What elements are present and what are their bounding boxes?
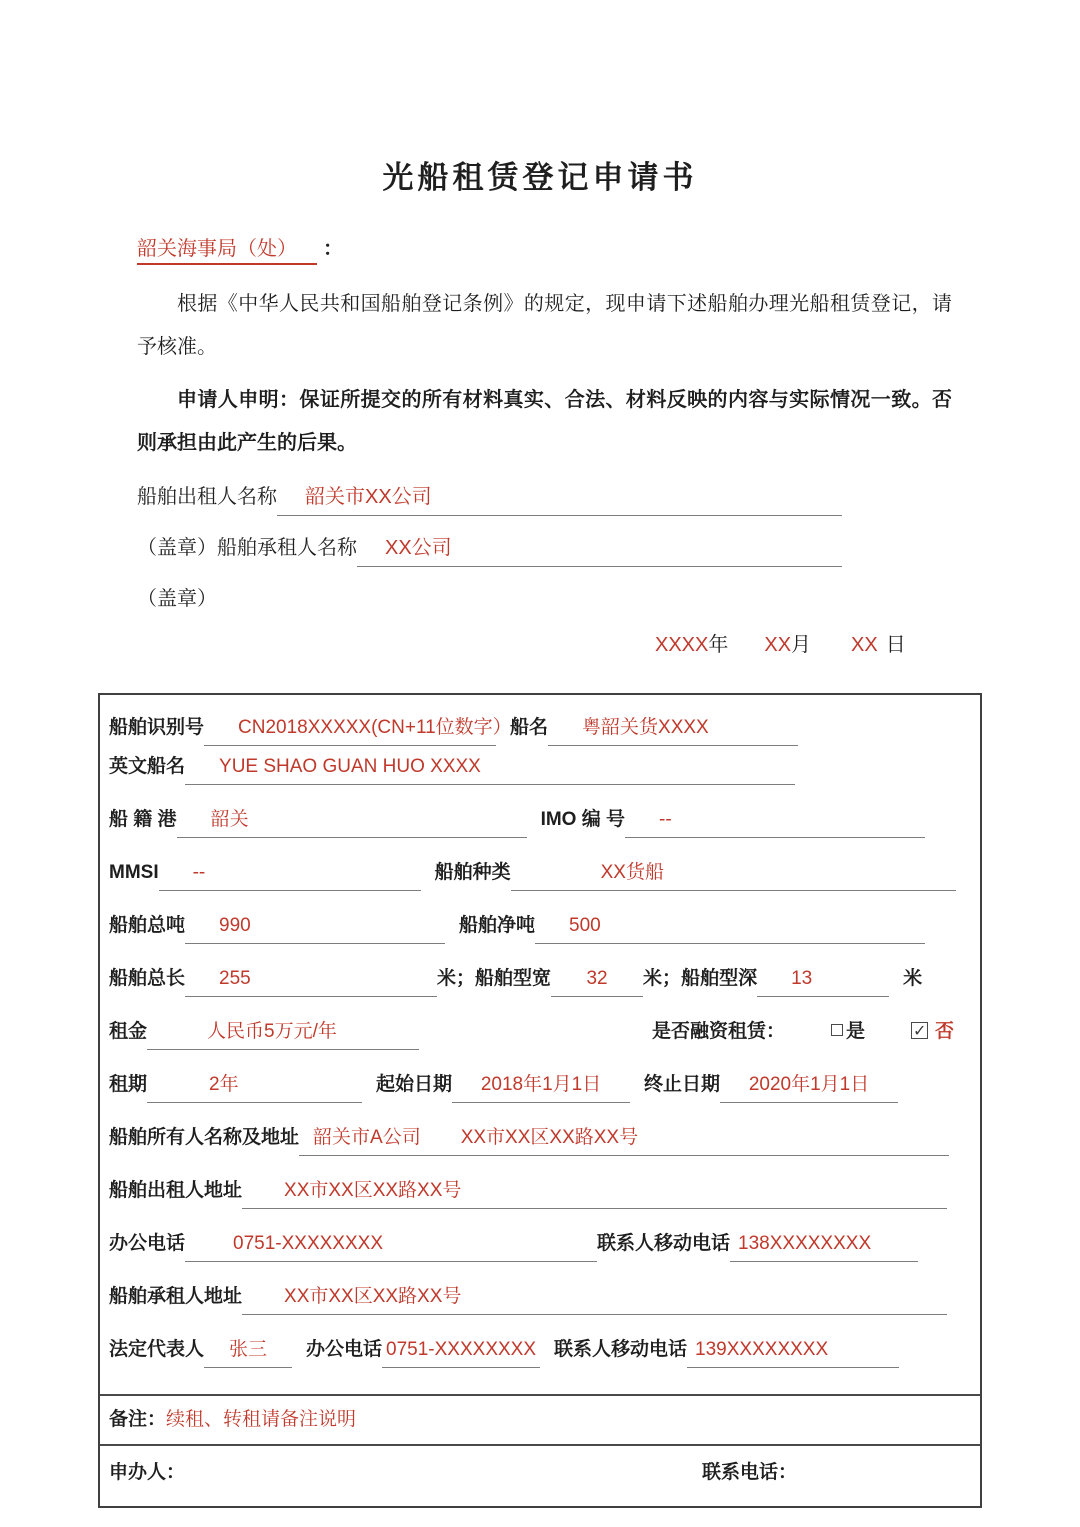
owner-label: 船舶所有人名称及地址 <box>109 1127 299 1148</box>
length-unit: 米； <box>437 968 475 989</box>
rent-field[interactable]: 人民币5万元/年 <box>147 1019 419 1050</box>
charterer-address-row: 船舶承租人地址XX市XX区XX路XX号 <box>109 1284 956 1315</box>
recipient-name: 韶关海事局（处） <box>137 238 317 265</box>
contact-mobile-value: 138XXXXXXXX <box>730 1233 871 1254</box>
legal-mobile-value: 139XXXXXXXX <box>687 1339 828 1360</box>
intro-paragraph: 根据《中华人民共和国船舶登记条例》的规定，现申请下述船舶办理光船租赁登记，请予核… <box>137 283 952 369</box>
lease-term-row: 租期2年起始日期2018年1月1日终止日期2020年1月1日 <box>109 1072 956 1103</box>
legal-rep-value: 张三 <box>204 1337 292 1363</box>
legal-mobile-field[interactable]: 139XXXXXXXX <box>687 1337 899 1368</box>
contact-mobile-label: 联系人移动电话 <box>597 1233 730 1254</box>
lease-term-label: 租期 <box>109 1074 147 1095</box>
depth-label: 船舶型深 <box>681 968 757 989</box>
imo-field[interactable]: -- <box>625 807 925 838</box>
lease-term-field[interactable]: 2年 <box>147 1072 362 1103</box>
salutation: 韶关海事局（处）： <box>137 235 952 263</box>
page-title: 光船租赁登记申请书 <box>0 152 1080 197</box>
imo-label: IMO 编 号 <box>541 809 625 830</box>
registry-port-row: 船 籍 港韶关IMO 编 号-- <box>109 807 956 838</box>
seal-note-1: （盖章） <box>137 537 217 559</box>
depth-value: 13 <box>757 968 812 989</box>
depth-unit: 米 <box>903 968 922 989</box>
legal-rep-field[interactable]: 张三 <box>204 1337 292 1368</box>
end-date-value: 2020年1月1日 <box>720 1072 898 1098</box>
finance-lease-no-label: 否 <box>935 1021 954 1042</box>
contact-phone-label[interactable]: 联系电话： <box>702 1460 797 1486</box>
start-date-field[interactable]: 2018年1月1日 <box>452 1072 630 1103</box>
registry-port-field[interactable]: 韶关 <box>177 807 527 838</box>
dimensions-row: 船舶总长255米；船舶型宽32米；船舶型深13米 <box>109 966 956 997</box>
finance-lease-label: 是否融资租赁： <box>652 1021 785 1042</box>
english-name-value: YUE SHAO GUAN HUO XXXX <box>185 756 481 777</box>
depth-field[interactable]: 13 <box>757 966 889 997</box>
registry-port-label: 船 籍 港 <box>109 809 177 830</box>
date-year-value[interactable]: XXXX <box>655 634 708 656</box>
end-date-field[interactable]: 2020年1月1日 <box>720 1072 898 1103</box>
rent-label: 租金 <box>109 1021 147 1042</box>
mmsi-row: MMSI--船舶种类XX货船 <box>109 860 956 891</box>
ship-id-field[interactable]: CN2018XXXXX(CN+11位数字） <box>204 715 496 746</box>
ship-name-label: 船名 <box>510 717 548 738</box>
finance-lease-option-no[interactable]: 否 <box>911 1021 954 1042</box>
office-phone-value: 0751-XXXXXXXX <box>185 1233 383 1254</box>
ship-type-label: 船舶种类 <box>435 862 511 883</box>
remarks-label: 备注： <box>109 1409 166 1430</box>
lessor-name-field[interactable]: 韶关市XX公司 <box>277 484 842 516</box>
bareboat-charter-application-document: 光船租赁登记申请书 韶关海事局（处）： 根据《中华人民共和国船舶登记条例》的规定… <box>0 0 1080 1527</box>
legal-rep-row: 法定代表人张三办公电话0751-XXXXXXXX联系人移动电话139XXXXXX… <box>109 1337 956 1368</box>
mmsi-field[interactable]: -- <box>159 860 421 891</box>
date-month-value[interactable]: XX <box>764 634 791 656</box>
remarks-row: 备注：续租、转租请备注说明 <box>100 1394 980 1446</box>
salutation-colon: ： <box>323 238 343 260</box>
rent-value: 人民币5万元/年 <box>147 1021 337 1042</box>
english-name-label: 英文船名 <box>109 756 185 777</box>
mmsi-value: -- <box>159 862 206 883</box>
start-date-value: 2018年1月1日 <box>452 1072 630 1098</box>
charterer-name-value: XX公司 <box>357 537 452 559</box>
office-phone-field[interactable]: 0751-XXXXXXXX <box>185 1231 597 1262</box>
gross-tonnage-label: 船舶总吨 <box>109 915 185 936</box>
charterer-address-label: 船舶承租人地址 <box>109 1286 242 1307</box>
legal-office-phone-field[interactable]: 0751-XXXXXXXX <box>382 1337 540 1368</box>
net-tonnage-value: 500 <box>535 915 601 936</box>
legal-office-phone-label: 办公电话 <box>306 1339 382 1360</box>
charterer-name-label: 船舶承租人名称 <box>217 537 357 559</box>
finance-lease-group: 是否融资租赁：是否 <box>652 1019 954 1045</box>
seal-row: （盖章） <box>137 586 952 612</box>
ship-type-value: XX货船 <box>511 862 664 883</box>
english-name-row: 英文船名YUE SHAO GUAN HUO XXXX <box>109 754 956 785</box>
seal-note-2: （盖章） <box>137 588 217 610</box>
office-phone-label: 办公电话 <box>109 1233 185 1254</box>
gross-tonnage-value: 990 <box>185 915 251 936</box>
gross-tonnage-field[interactable]: 990 <box>185 913 445 944</box>
lessor-name-label: 船舶出租人名称 <box>137 486 277 508</box>
charterer-address-value: XX市XX区XX路XX号 <box>242 1286 461 1307</box>
declaration-paragraph: 申请人申明：保证所提交的所有材料真实、合法、材料反映的内容与实际情况一致。否则承… <box>137 379 952 465</box>
ship-name-field[interactable]: 粤韶关货XXXX <box>548 715 798 746</box>
date-day-value[interactable]: XX <box>851 634 878 656</box>
ship-type-field[interactable]: XX货船 <box>511 860 956 891</box>
owner-name-value: 韶关市A公司 <box>299 1127 421 1148</box>
lessor-name-value: 韶关市XX公司 <box>277 486 432 508</box>
lessor-name-row: 船舶出租人名称韶关市XX公司 <box>137 484 952 516</box>
lease-term-value: 2年 <box>147 1074 239 1095</box>
legal-rep-label: 法定代表人 <box>109 1339 204 1360</box>
breadth-value: 32 <box>551 966 643 992</box>
date-month-label: 月 <box>791 634 811 656</box>
length-label: 船舶总长 <box>109 968 185 989</box>
mmsi-label: MMSI <box>109 862 159 883</box>
length-field[interactable]: 255 <box>185 966 437 997</box>
end-date-label: 终止日期 <box>644 1074 720 1095</box>
owner-address-value: XX市XX区XX路XX号 <box>461 1127 638 1148</box>
letter-section: 韶关海事局（处）： 根据《中华人民共和国船舶登记条例》的规定，现申请下述船舶办理… <box>137 235 952 658</box>
form-fields-area: 船舶识别号CN2018XXXXX(CN+11位数字）船名粤韶关货XXXX 英文船… <box>100 695 980 1394</box>
date-day-label: 日 <box>886 634 906 656</box>
length-value: 255 <box>185 968 251 989</box>
start-date-label: 起始日期 <box>376 1074 452 1095</box>
date-line: XXXX年XX月XX日 <box>655 632 952 658</box>
ship-name-value: 粤韶关货XXXX <box>548 717 709 738</box>
application-form-table: 船舶识别号CN2018XXXXX(CN+11位数字）船名粤韶关货XXXX 英文船… <box>98 693 982 1508</box>
imo-value: -- <box>625 809 672 830</box>
ship-id-label: 船舶识别号 <box>109 717 204 738</box>
lessor-address-label: 船舶出租人地址 <box>109 1180 242 1201</box>
footer-row: 申办人： 联系电话： <box>100 1446 980 1506</box>
lessor-address-row: 船舶出租人地址XX市XX区XX路XX号 <box>109 1178 956 1209</box>
office-phone-row: 办公电话0751-XXXXXXXX联系人移动电话138XXXXXXXX <box>109 1231 956 1262</box>
owner-row: 船舶所有人名称及地址韶关市A公司XX市XX区XX路XX号 <box>109 1125 956 1156</box>
net-tonnage-field[interactable]: 500 <box>535 913 925 944</box>
owner-field[interactable]: 韶关市A公司XX市XX区XX路XX号 <box>299 1125 949 1156</box>
applicant-label[interactable]: 申办人： <box>109 1460 702 1486</box>
breadth-unit: 米； <box>643 968 681 989</box>
date-year-label: 年 <box>708 634 728 656</box>
contact-mobile-field[interactable]: 138XXXXXXXX <box>730 1231 918 1262</box>
legal-mobile-label: 联系人移动电话 <box>554 1339 687 1360</box>
lessor-address-field[interactable]: XX市XX区XX路XX号 <box>242 1178 947 1209</box>
breadth-field[interactable]: 32 <box>551 966 643 997</box>
tonnage-row: 船舶总吨990船舶净吨500 <box>109 913 956 944</box>
rent-row: 是否融资租赁：是否 租金人民币5万元/年 <box>109 1019 956 1050</box>
lessor-address-value: XX市XX区XX路XX号 <box>242 1180 461 1201</box>
legal-office-phone-value: 0751-XXXXXXXX <box>382 1337 540 1363</box>
charterer-name-field[interactable]: XX公司 <box>357 535 842 567</box>
checkbox-unchecked-icon[interactable] <box>831 1024 843 1036</box>
remarks-value[interactable]: 续租、转租请备注说明 <box>166 1409 356 1430</box>
finance-lease-yes-label: 是 <box>846 1021 865 1042</box>
net-tonnage-label: 船舶净吨 <box>459 915 535 936</box>
english-name-field[interactable]: YUE SHAO GUAN HUO XXXX <box>185 754 795 785</box>
charterer-name-row: （盖章）船舶承租人名称XX公司 <box>137 535 952 567</box>
charterer-address-field[interactable]: XX市XX区XX路XX号 <box>242 1284 947 1315</box>
ship-id-value: CN2018XXXXX(CN+11位数字） <box>204 717 512 738</box>
ship-id-row: 船舶识别号CN2018XXXXX(CN+11位数字）船名粤韶关货XXXX <box>109 715 956 746</box>
finance-lease-option-yes[interactable]: 是 <box>831 1021 865 1042</box>
breadth-label: 船舶型宽 <box>475 968 551 989</box>
checkbox-checked-icon[interactable] <box>911 1022 928 1039</box>
registry-port-value: 韶关 <box>177 809 249 830</box>
